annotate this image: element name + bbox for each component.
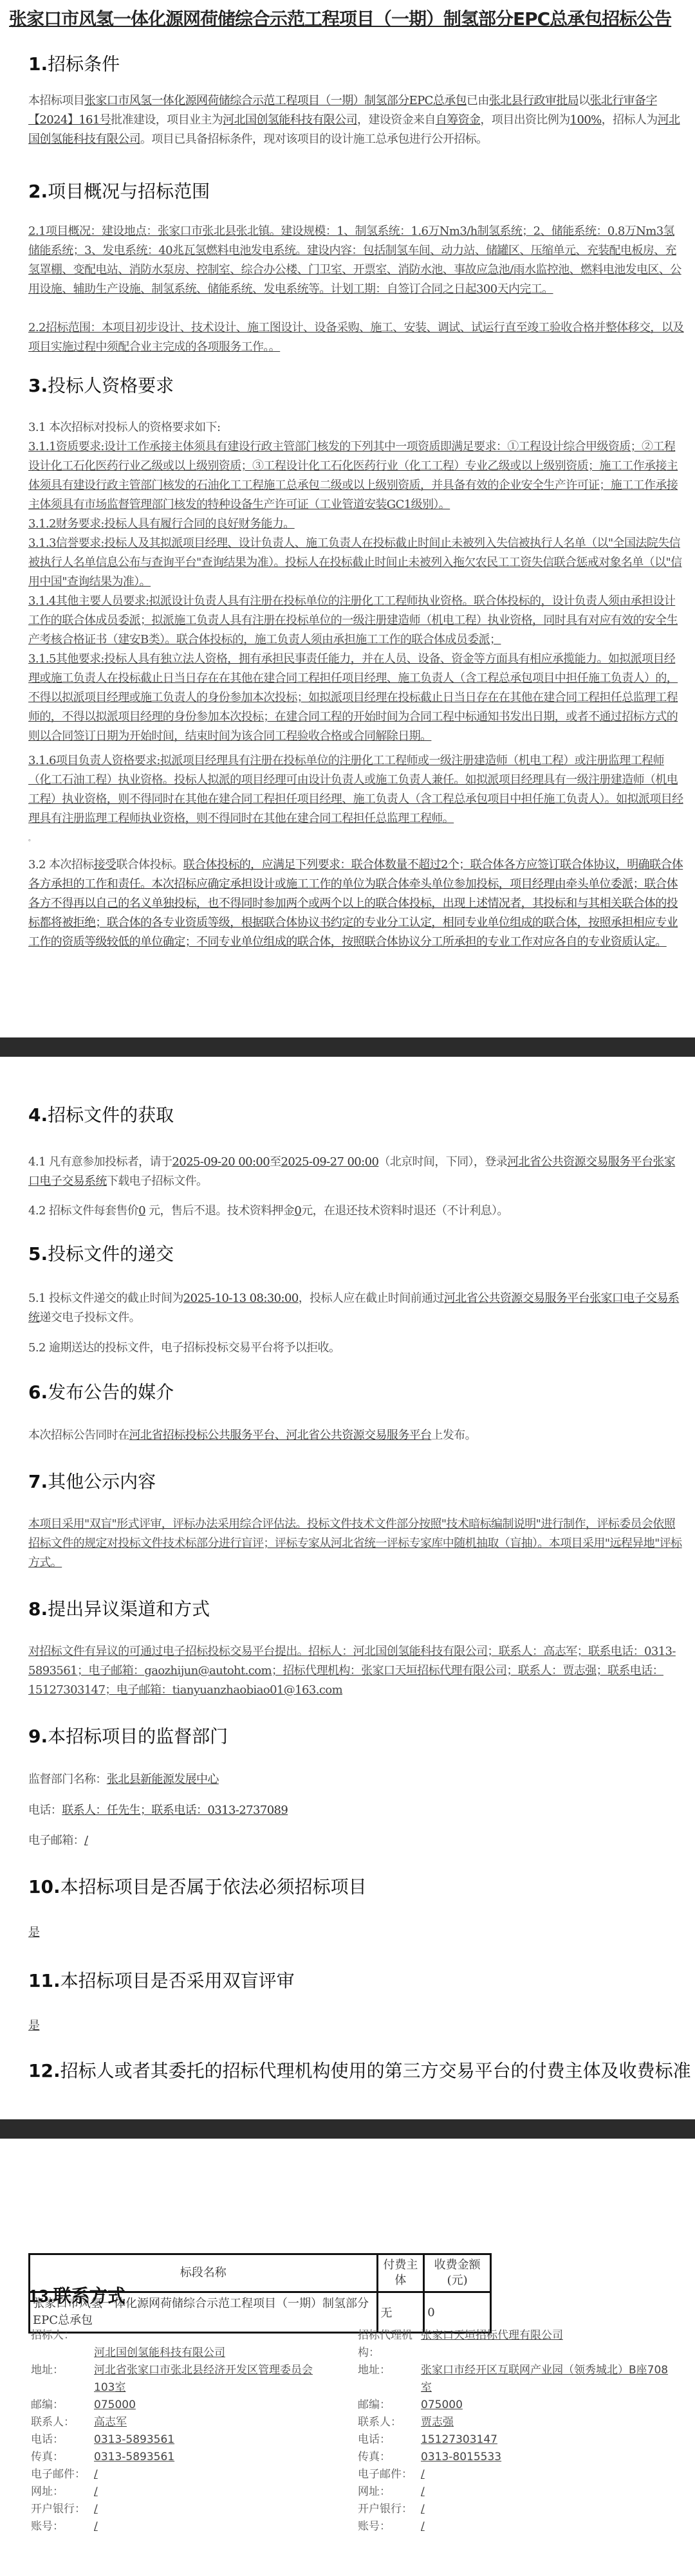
col-header-payer: 付费主 体 [377,2254,424,2292]
label: 传真： [31,2449,94,2466]
label: 电话： [31,2431,94,2449]
contact-row: 电子邮件：/ [31,2466,333,2483]
qualification-3-1-5: 3.1.5其他要求:投标人具有独立法人资格，拥有承担民事责任能力，并在人员、设备… [28,650,685,746]
project-overview: 2.1项目概况：建设地点：张家口市张北县张北镇。建设规模：1、制氢系统：1.6万… [28,222,685,299]
label: 网址： [31,2483,94,2501]
section-title: 投标人资格要求 [48,375,174,396]
qualification-3-1-3: 3.1.3信誉要求:投标人及其拟派项目经理、设计负责人、施工负责人在投标截止时间… [28,534,685,592]
text: 递交电子投标文件。 [39,1311,140,1324]
bank: / [421,2501,425,2518]
section-6-heading: 6.发布公告的媒介 [28,1378,174,1404]
text: ，招标人为 [602,113,658,127]
zip: 075000 [421,2397,463,2414]
section-title: 招标人或者其委托的招标代理机构使用的第三方交易平台的付费主体及收费标准 [60,2060,691,2081]
consortium-accepted: 接受 [94,858,116,872]
contact-row: 传真：0313-8015533 [358,2449,680,2466]
header-line: 体 [381,2273,421,2288]
section-number: 4. [28,1104,48,1126]
contact-row: 邮编：075000 [31,2397,333,2414]
label: 账号： [31,2518,94,2535]
section-number: 1. [28,53,48,75]
email: / [94,2466,98,2483]
text: 联合体投标。 [116,858,183,872]
page-title: 张家口市风氢一体化源网荷储综合示范工程项目（一期）制氢部分EPC总承包招标公告 [9,5,671,31]
label: 网址： [358,2483,421,2501]
text: 至 [270,1155,281,1169]
text: 。项目已具备招标条件，现对该项目的设计施工总承包进行公开招标。 [140,132,487,146]
value: / [84,1834,88,1847]
submission-5-2: 5.2 逾期送达的投标文件，电子招标投标交易平台将予以拒收。 [28,1338,685,1358]
answer: 是 [28,2019,39,2032]
label [31,2344,94,2362]
section-5-heading: 5.投标文件的递交 [28,1240,174,1266]
qualification-3-1-4: 3.1.4其他主要人员要求:拟派设计负责人具有注册在投标单位的注册化工工程师执业… [28,592,685,650]
section-10-answer: 是 [28,1923,685,1942]
contact-row: 电话：15127303147 [358,2431,680,2449]
contact-row: 网址：/ [358,2483,680,2501]
end-time: 2025-09-27 00:00 [281,1155,379,1169]
section-number: 11. [28,1970,60,1991]
label: 地址： [31,2362,94,2397]
section-4-heading: 4.招标文件的获取 [28,1101,174,1127]
project-owner: 河北国创氢能科技有限公司 [223,113,357,127]
section-13-heading: 13.联系方式 [28,2282,125,2308]
section-10-heading: 10.本招标项目是否属于依法必须招标项目 [28,1873,367,1899]
funding-source: 自筹资金 [436,113,481,127]
consortium-requirements: 联合体投标的，应满足下列要求：联合体数量不超过2个；联合体各方应签订联合体协议，… [28,858,683,949]
label: 开户银行： [358,2501,421,2518]
supervisor-name: 监督部门名称：张北县新能源发展中心 [28,1770,685,1789]
objection-channels: 对招标文件有异议的可通过电子招标投标交易平台提出。招标人：河北国创氢能科技有限公… [28,1642,685,1700]
col-header-amount: 收费金额 (元) [424,2254,491,2292]
section-number: 6. [28,1382,48,1403]
value: 联系人：任先生；联系电话：0313-2737089 [62,1804,288,1817]
other-notices: 本项目采用"双盲"形式评审，评标办法采用综合评估法。投标文件技术文件部分按照"技… [28,1515,685,1573]
label: 电话： [28,1804,62,1817]
fax: 0313-5893561 [94,2449,174,2466]
section-number: 8. [28,1598,48,1620]
label: 联系人： [358,2414,421,2431]
bank: / [94,2501,98,2518]
contact-row: 地址：张家口市经开区互联网产业园（领秀城北）B座708室 [358,2362,680,2397]
label: 传真： [358,2449,421,2466]
text: ，投标人应在截止时间前通过 [299,1292,444,1305]
account: / [421,2518,425,2535]
document-acquisition-4-1: 4.1 凡有意参加投标者，请于2025-09-20 00:00至2025-09-… [28,1153,685,1191]
funding-ratio: 100% [570,113,602,127]
section-number: 3. [28,375,48,396]
contact-row: 招标代理机构：张家口天垣招标代理有限公司 [358,2327,680,2362]
text: 3.2 本次招标 [28,858,94,872]
contact-row: 网址：/ [31,2483,333,2501]
agency-contact-block: 招标代理机构：张家口天垣招标代理有限公司 地址：张家口市经开区互联网产业园（领秀… [358,2327,680,2535]
text: 本招标项目 [28,94,84,107]
publication-media: 本次招标公告同时在河北省招标投标公共服务平台、河北省公共资源交易服务平台上发布。 [28,1426,685,1445]
text: 5.1 投标文件递交的截止时间为 [28,1292,183,1305]
label: 电子邮件： [31,2466,94,2483]
stray-mark: 。 [28,830,685,849]
contact-row: 传真：0313-5893561 [31,2449,333,2466]
section-title: 项目概况与招标范围 [48,181,210,202]
section-number: 10. [28,1876,60,1897]
contact-person: 贾志强 [421,2414,454,2431]
website: / [94,2483,98,2501]
text: 批准建设，项目业主为 [111,113,223,127]
section-title: 本招标项目是否采用双盲评审 [60,1970,295,1991]
contact-row: 邮编：075000 [358,2397,680,2414]
header-line: 收费金额 [427,2258,487,2273]
website: / [421,2483,425,2501]
contact-row: 河北国创氢能科技有限公司 [31,2344,333,2362]
contact-row: 招标人： [31,2327,333,2344]
document-price-4-2: 4.2 招标文件每套售价0 元，售后不退。技术资料押金0元，在退还技术资料时退还… [28,1201,685,1221]
account: / [94,2518,98,2535]
section-11-heading: 11.本招标项目是否采用双盲评审 [28,1967,295,1993]
text: 上发布。 [431,1429,476,1442]
contact-person: 高志军 [94,2414,127,2431]
contact-row: 账号：/ [31,2518,333,2535]
section-2-heading: 2.项目概况与招标范围 [28,178,210,203]
label: 监督部门名称： [28,1773,107,1786]
text: 下载电子招标文件。 [107,1174,208,1188]
section-9-heading: 9.本招标项目的监督部门 [28,1722,228,1748]
publication-platforms[interactable]: 河北省招标投标公共服务平台、河北省公共资源交易服务平台 [129,1429,432,1442]
contact-row: 开户银行：/ [31,2501,333,2518]
section-number: 9. [28,1726,48,1747]
label: 开户银行： [31,2501,94,2518]
label: 邮编： [31,2397,94,2414]
tenderer-name: 河北国创氢能科技有限公司 [94,2344,225,2362]
supervisor-email: 电子邮箱：/ [28,1831,685,1850]
section-7-heading: 7.其他公示内容 [28,1468,156,1494]
header-line: 付费主 [381,2258,421,2273]
contact-row: 电子邮件：/ [358,2466,680,2483]
label: 地址： [358,2362,421,2397]
text: 元，在退还技术资料时退还（不计利息）。 [301,1204,508,1218]
label: 邮编： [358,2397,421,2414]
text: 以 [579,94,589,107]
section-number: 2. [28,181,48,202]
header-line: (元) [427,2273,487,2288]
label: 招标代理机构： [358,2327,421,2362]
section-11-answer: 是 [28,2016,685,2036]
address: 河北省张家口市张北县经济开发区管理委员会103室 [94,2362,333,2397]
document-price: 0 [138,1204,145,1218]
section-title: 提出异议渠道和方式 [48,1598,210,1620]
label: 联系人： [31,2414,94,2431]
section-title: 本招标项目是否属于依法必须招标项目 [60,1876,367,1897]
section-1-paragraph: 本招标项目张家口市风氢一体化源网荷储综合示范工程项目（一期）制氢部分EPC总承包… [28,91,685,149]
deposit: 0 [294,1204,301,1218]
qualification-intro: 3.1 本次招标对投标人的资格要求如下: [28,418,685,437]
phone: 15127303147 [421,2431,497,2449]
start-time: 2025-09-20 00:00 [172,1155,270,1169]
section-title: 13.联系方式 [28,2286,125,2306]
agency-name: 张家口天垣招标代理有限公司 [421,2327,563,2362]
text: 已由 [467,94,489,107]
page-divider [0,1037,695,1057]
supervisor-phone: 电话：联系人：任先生；联系电话：0313-2737089 [28,1801,685,1820]
tenderer-contact-block: 招标人： 河北国创氢能科技有限公司 地址：河北省张家口市张北县经济开发区管理委员… [31,2327,333,2535]
fax: 0313-8015533 [421,2449,501,2466]
label: 电子邮箱： [28,1834,84,1847]
approval-authority: 张北县行政审批局 [489,94,579,107]
page-divider [0,2119,695,2139]
phone: 0313-5893561 [94,2431,174,2449]
text: 本次招标公告同时在 [28,1429,129,1442]
qualification-3-1-2: 3.1.2财务要求:投标人具有履行合同的良好财务能力。 [28,515,685,534]
tender-scope: 2.2招标范围：本项目初步设计、技术设计、施工图设计、设备采购、施工、安装、调试… [28,318,685,357]
text: （北京时间，下同），登录 [378,1155,507,1169]
text: 4.1 凡有意参加投标者，请于 [28,1155,172,1169]
contact-row: 开户银行：/ [358,2501,680,2518]
project-name: 张家口市风氢一体化源网荷储综合示范工程项目（一期）制氢部分EPC总承包 [84,94,467,107]
text: 4.2 招标文件每套售价 [28,1204,138,1218]
text: ，项目出资比例为 [480,113,570,127]
label: 电子邮件： [358,2466,421,2483]
contact-row: 账号：/ [358,2518,680,2535]
qualification-3-1-1: 3.1.1资质要求:设计工作承接主体须具有建设行政主管部门核发的下列其中一项资质… [28,437,685,515]
section-number: 7. [28,1471,48,1492]
section-number: 5. [28,1243,48,1265]
email: / [421,2466,425,2483]
text: ，建设资金来自 [357,113,436,127]
contact-row: 联系人：高志军 [31,2414,333,2431]
section-title: 发布公告的媒介 [48,1382,174,1403]
label: 电话： [358,2431,421,2449]
contact-row: 电话：0313-5893561 [31,2431,333,2449]
label: 账号： [358,2518,421,2535]
contact-row: 地址：河北省张家口市张北县经济开发区管理委员会103室 [31,2362,333,2397]
section-title: 投标文件的递交 [48,1243,174,1265]
qualification-3-1-6: 3.1.6项目负责人资格要求:拟派项目经理具有注册在投标单位的注册化工工程师或一… [28,751,685,828]
value: 张北县新能源发展中心 [107,1773,219,1786]
text: 元，售后不退。技术资料押金 [145,1204,294,1218]
label: 招标人： [31,2327,94,2344]
section-12-heading: 12.招标人或者其委托的招标代理机构使用的第三方交易平台的付费主体及收费标准 [28,2057,691,2083]
submission-5-1: 5.1 投标文件递交的截止时间为2025-10-13 08:30:00，投标人应… [28,1289,685,1328]
zip: 075000 [94,2397,136,2414]
section-title: 其他公示内容 [48,1471,156,1492]
section-title: 招标文件的获取 [48,1104,174,1126]
contact-row: 联系人：贾志强 [358,2414,680,2431]
section-3-heading: 3.投标人资格要求 [28,372,174,397]
section-1-heading: 1.招标条件 [28,50,120,76]
consortium-3-2: 3.2 本次招标接受联合体投标。联合体投标的，应满足下列要求：联合体数量不超过2… [28,855,685,952]
answer: 是 [28,1926,39,1939]
section-8-heading: 8.提出异议渠道和方式 [28,1595,210,1621]
address: 张家口市经开区互联网产业园（领秀城北）B座708室 [421,2362,672,2397]
section-title: 本招标项目的监督部门 [48,1726,228,1747]
section-title: 招标条件 [48,53,120,75]
section-number: 12. [28,2060,60,2081]
submission-deadline: 2025-10-13 08:30:00 [183,1292,299,1305]
